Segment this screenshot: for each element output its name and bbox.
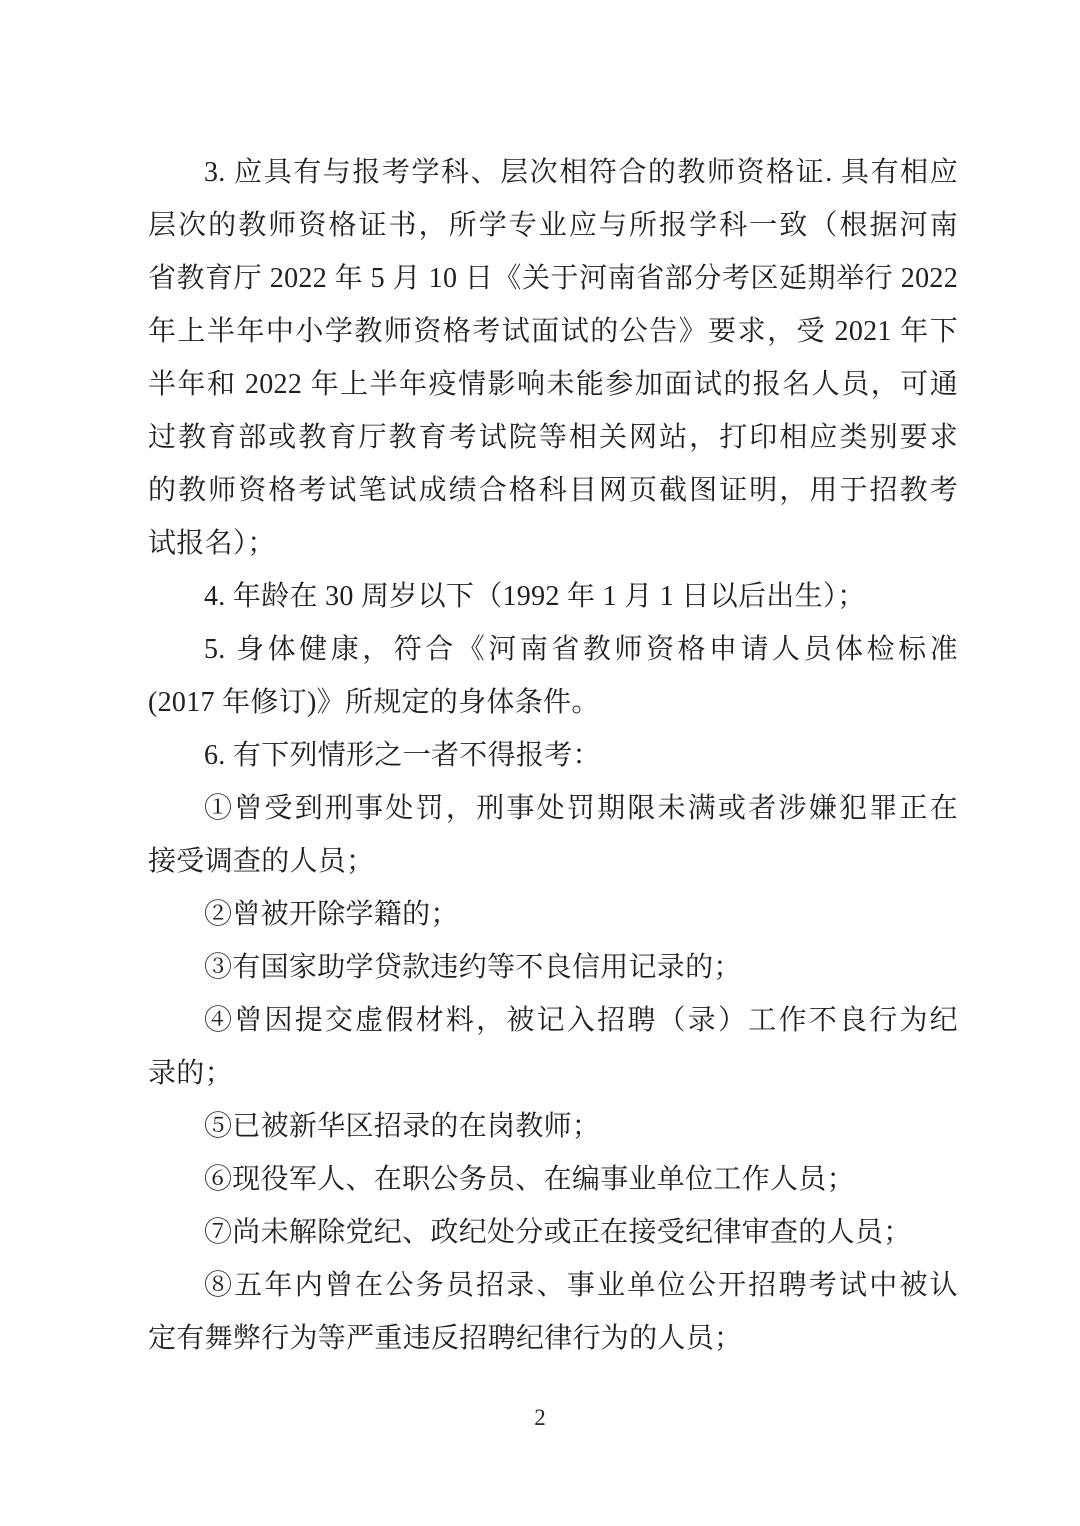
text-line: 接受调查的人员；: [148, 835, 958, 888]
text-line: 的教师资格考试笔试成绩合格科目网页截图证明，用于招教考: [148, 464, 958, 517]
text-line: ③有国家助学贷款违约等不良信用记录的；: [148, 941, 958, 994]
text-line: ④曾因提交虚假材料，被记入招聘（录）工作不良行为纪: [148, 994, 958, 1047]
text-line: 过教育部或教育厅教育考试院等相关网站，打印相应类别要求: [148, 411, 958, 464]
text-line: ⑤已被新华区招录的在岗教师；: [148, 1100, 958, 1153]
paragraph: 6. 有下列情形之一者不得报考：: [148, 729, 958, 782]
text-line: ⑧五年内曾在公务员招录、事业单位公开招聘考试中被认: [148, 1259, 958, 1312]
text-line: 半年和 2022 年上半年疫情影响未能参加面试的报名人员，可通: [148, 358, 958, 411]
text-line: 年上半年中小学教师资格考试面试的公告》要求，受 2021 年下: [148, 305, 958, 358]
text-line: 5. 身体健康，符合《河南省教师资格申请人员体检标准: [148, 623, 958, 676]
text-line: ①曾受到刑事处罚，刑事处罚期限未满或者涉嫌犯罪正在: [148, 782, 958, 835]
text-line: ⑦尚未解除党纪、政纪处分或正在接受纪律审查的人员；: [148, 1206, 958, 1259]
text-line: ②曾被开除学籍的；: [148, 888, 958, 941]
paragraph: ①曾受到刑事处罚，刑事处罚期限未满或者涉嫌犯罪正在接受调查的人员；: [148, 782, 958, 888]
text-line: ⑥现役军人、在职公务员、在编事业单位工作人员；: [148, 1153, 958, 1206]
document-page: 3. 应具有与报考学科、层次相符合的教师资格证. 具有相应层次的教师资格证书，所…: [0, 0, 1080, 1526]
paragraph: ⑤已被新华区招录的在岗教师；: [148, 1100, 958, 1153]
text-line: (2017 年修订)》所规定的身体条件。: [148, 676, 958, 729]
page-number: 2: [0, 1403, 1080, 1433]
paragraph: ②曾被开除学籍的；: [148, 888, 958, 941]
paragraph: 3. 应具有与报考学科、层次相符合的教师资格证. 具有相应层次的教师资格证书，所…: [148, 146, 958, 570]
paragraph: ④曾因提交虚假材料，被记入招聘（录）工作不良行为纪录的；: [148, 994, 958, 1100]
text-line: 层次的教师资格证书，所学专业应与所报学科一致（根据河南: [148, 199, 958, 252]
paragraph: ③有国家助学贷款违约等不良信用记录的；: [148, 941, 958, 994]
paragraph: ⑦尚未解除党纪、政纪处分或正在接受纪律审查的人员；: [148, 1206, 958, 1259]
document-body: 3. 应具有与报考学科、层次相符合的教师资格证. 具有相应层次的教师资格证书，所…: [148, 146, 958, 1365]
text-line: 录的；: [148, 1047, 958, 1100]
text-line: 6. 有下列情形之一者不得报考：: [148, 729, 958, 782]
text-line: 省教育厅 2022 年 5 月 10 日《关于河南省部分考区延期举行 2022: [148, 252, 958, 305]
text-line: 试报名）；: [148, 517, 958, 570]
paragraph: ⑧五年内曾在公务员招录、事业单位公开招聘考试中被认定有舞弊行为等严重违反招聘纪律…: [148, 1259, 958, 1365]
text-line: 定有舞弊行为等严重违反招聘纪律行为的人员；: [148, 1312, 958, 1365]
text-line: 3. 应具有与报考学科、层次相符合的教师资格证. 具有相应: [148, 146, 958, 199]
paragraph: 5. 身体健康，符合《河南省教师资格申请人员体检标准(2017 年修订)》所规定…: [148, 623, 958, 729]
paragraph: ⑥现役军人、在职公务员、在编事业单位工作人员；: [148, 1153, 958, 1206]
paragraph: 4. 年龄在 30 周岁以下（1992 年 1 月 1 日以后出生）；: [148, 570, 958, 623]
text-line: 4. 年龄在 30 周岁以下（1992 年 1 月 1 日以后出生）；: [148, 570, 958, 623]
